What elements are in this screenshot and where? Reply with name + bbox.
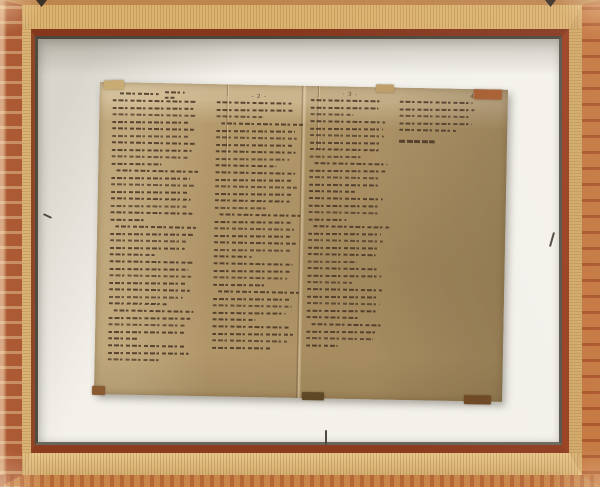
handwriting-column-1 <box>108 92 199 367</box>
handwriting-line <box>112 107 193 110</box>
handwriting-line <box>215 179 292 182</box>
handwriting-line <box>214 249 291 252</box>
handwriting-line <box>214 221 292 224</box>
handwriting-line <box>306 345 338 347</box>
handwriting-paragraph <box>307 288 387 320</box>
handwriting-line <box>108 323 185 326</box>
handwriting-line <box>400 108 475 111</box>
handwriting-line <box>307 296 378 299</box>
handwriting-line <box>215 193 293 196</box>
handwriting-line <box>110 260 193 264</box>
handwriting-column-3: - 3 - <box>306 90 390 352</box>
handwriting-paragraph <box>109 260 196 306</box>
handwriting-paragraph <box>306 323 385 348</box>
handwriting-line <box>113 99 196 103</box>
handwriting-line <box>307 316 359 319</box>
handwriting-line <box>109 274 191 278</box>
handwriting-paragraph <box>212 290 298 322</box>
handwriting-line <box>314 162 387 165</box>
handwriting-line <box>216 130 295 133</box>
handwriting-line <box>109 296 183 299</box>
handwriting-paragraph <box>111 99 198 166</box>
handwriting-line <box>308 253 376 256</box>
tape-fragment-top-left <box>104 80 124 90</box>
fastener-pin-bottom <box>325 430 327 445</box>
handwriting-line <box>310 128 383 131</box>
handwriting-line <box>306 331 376 334</box>
tape-fragment-bottom-left <box>92 386 105 395</box>
handwriting-paragraph <box>307 267 386 285</box>
handwriting-line <box>308 239 383 242</box>
handwriting-line <box>215 207 266 210</box>
title-block <box>113 92 199 96</box>
handwriting-line <box>309 211 379 214</box>
handwriting-paragraph <box>215 171 301 210</box>
handwriting-line <box>212 339 287 342</box>
handwriting-line <box>112 113 195 117</box>
handwriting-line <box>111 197 191 201</box>
handwriting-line <box>110 211 192 215</box>
handwriting-line <box>313 225 389 228</box>
handwriting-line <box>307 275 381 278</box>
handwriting-paragraph <box>215 122 301 168</box>
handwriting-line <box>308 247 379 250</box>
handwriting-line <box>220 213 301 217</box>
handwriting-line <box>112 121 190 124</box>
handwriting-line <box>112 127 194 131</box>
handwriting-paragraph <box>110 225 197 257</box>
handwriting-line <box>310 148 380 151</box>
handwriting-line <box>309 190 355 193</box>
handwriting-line <box>311 107 379 110</box>
handwriting-line <box>108 358 161 361</box>
handwriting-line <box>111 191 188 194</box>
handwriting-line <box>111 205 187 208</box>
handwriting-line <box>108 337 138 340</box>
handwriting-paragraph <box>213 262 298 287</box>
handwriting-line <box>216 158 290 161</box>
handwriting-line <box>311 99 382 102</box>
handwriting-line <box>216 115 262 118</box>
handwriting-line <box>310 113 353 116</box>
handwriting-line <box>214 235 290 238</box>
handwriting-line <box>108 317 190 320</box>
handwriting-line <box>213 304 292 308</box>
handwriting-line <box>216 109 294 112</box>
handwriting-paragraph <box>216 101 301 119</box>
handwriting-line <box>213 298 290 301</box>
handwriting-line <box>217 101 292 104</box>
handwriting-line <box>215 164 276 167</box>
handwriting-line <box>110 253 155 256</box>
handwriting-line <box>110 239 187 242</box>
handwriting-line <box>215 185 297 189</box>
handwriting-line <box>308 233 381 236</box>
handwriting-line <box>112 141 195 145</box>
handwriting-line <box>309 205 381 208</box>
handwriting-line <box>400 101 473 104</box>
handwriting-column-4: 4 <box>399 92 479 144</box>
handwriting-line <box>307 310 377 313</box>
handwriting-line <box>399 115 470 118</box>
handwriting-line <box>213 270 290 273</box>
handwriting-line <box>214 241 296 245</box>
handwriting-line <box>213 312 286 315</box>
handwriting-line <box>110 219 146 221</box>
handwriting-line <box>214 227 294 231</box>
handwriting-line <box>310 134 384 137</box>
handwriting-line <box>110 247 185 250</box>
handwriting-line <box>307 281 352 284</box>
handwriting-paragraph <box>308 225 388 264</box>
manuscript-paper: - 2 -- 3 -4 <box>94 82 508 402</box>
framed-manuscript-photo: - 2 -- 3 -4 <box>0 0 600 487</box>
handwriting-line <box>212 333 293 336</box>
handwriting-line <box>114 309 194 313</box>
handwriting-line <box>307 267 379 270</box>
handwriting-line <box>109 288 190 292</box>
handwriting-line <box>212 347 272 350</box>
handwriting-line <box>112 155 189 158</box>
handwriting-line <box>309 176 380 179</box>
handwriting-line <box>218 290 299 294</box>
handwriting-line <box>212 325 290 329</box>
handwriting-line <box>309 197 383 200</box>
title-line <box>120 92 160 95</box>
header-note-line <box>165 97 175 99</box>
handwriting-line <box>108 344 186 348</box>
handwriting-line <box>310 120 385 123</box>
handwriting-line <box>111 177 190 180</box>
handwriting-line <box>109 268 188 271</box>
handwriting-line <box>115 225 196 229</box>
handwriting-line <box>311 323 384 326</box>
handwriting-line <box>214 262 293 266</box>
handwriting-paragraph <box>310 99 389 117</box>
handwriting-line <box>213 284 267 287</box>
handwriting-line <box>309 170 385 173</box>
handwriting-line <box>213 276 287 279</box>
handwriting-paragraph <box>214 213 300 259</box>
handwriting-paragraph <box>110 169 197 222</box>
handwriting-line <box>111 183 194 187</box>
handwriting-line <box>308 219 346 221</box>
handwriting-line <box>108 352 189 355</box>
handwriting-line <box>308 261 357 264</box>
handwriting-line <box>310 142 381 145</box>
handwriting-column-2: - 2 - <box>212 92 302 355</box>
handwriting-line <box>216 136 297 140</box>
tape-fragment-bottom-center <box>302 392 324 400</box>
handwriting-line <box>212 318 255 321</box>
handwriting-line <box>116 169 198 173</box>
tape-fragment-bottom-right <box>464 395 491 405</box>
handwriting-line <box>307 288 382 291</box>
handwriting-line <box>112 135 189 138</box>
handwriting-paragraph <box>399 101 479 133</box>
handwriting-line <box>215 171 295 175</box>
handwriting-line <box>110 233 193 236</box>
handwriting-line <box>112 149 192 152</box>
handwriting-line <box>399 122 472 125</box>
handwriting-line <box>307 302 380 305</box>
handwriting-paragraph <box>310 120 390 159</box>
handwriting-paragraph <box>108 344 194 362</box>
handwriting-line <box>214 255 252 258</box>
handwriting-line <box>215 199 290 202</box>
handwriting-line <box>221 122 303 126</box>
handwriting-line <box>109 282 186 285</box>
handwriting-line <box>108 331 184 334</box>
handwriting-line <box>399 129 456 132</box>
handwriting-paragraph <box>308 197 387 222</box>
handwriting-line <box>216 150 296 154</box>
handwriting-paragraph <box>212 325 297 350</box>
handwriting-line <box>309 184 378 187</box>
handwriting-line <box>109 302 167 305</box>
header-note-line <box>165 91 185 93</box>
handwriting-paragraph <box>108 309 195 341</box>
handwriting-line <box>306 337 373 340</box>
handwriting-line <box>111 163 161 166</box>
handwriting-paragraph <box>309 162 389 194</box>
handwriting-line <box>310 156 361 159</box>
handwriting-line <box>216 144 293 147</box>
